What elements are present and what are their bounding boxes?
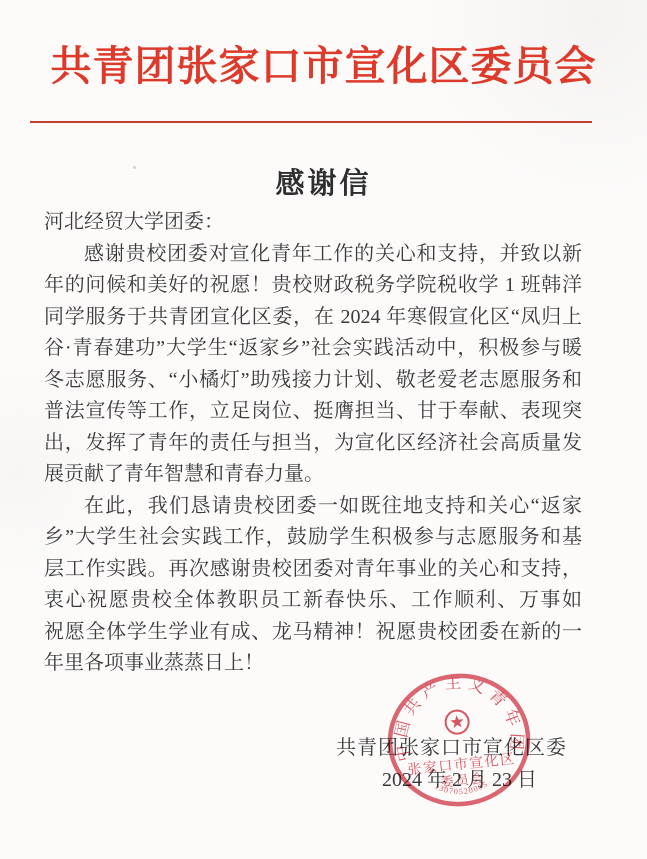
body-line: 普法宣传等工作，立足岗位、挺膺担当、甘于奉献、表现突 (44, 396, 582, 428)
body-line: 层工作实践。再次感谢贵校团委对青年事业的关心和支持， (44, 554, 582, 586)
letter-page: 共青团张家口市宣化区委员会 感谢信 河北经贸大学团委： 感谢贵校团委对宣化青年工… (0, 0, 647, 859)
body-line: 乡”大学生社会实践工作，鼓励学生积极参与志愿服务和基 (44, 522, 582, 554)
letter-title: 感谢信 (0, 161, 647, 202)
body-line: 衷心祝愿贵校全体教职员工新春快乐、工作顺利、万事如意！ (44, 585, 582, 617)
body-line: 年的问候和美好的祝愿！贵校财政税务学院税收学 1 班韩洋 (44, 270, 582, 302)
body-line: 在此，我们恳请贵校团委一如既往地支持和关心“返家 (44, 491, 582, 523)
body-line: 感谢贵校团委对宣化青年工作的关心和支持，并致以新 (44, 239, 582, 271)
body-line: 展贡献了青年智慧和青春力量。 (44, 459, 582, 491)
salutation: 河北经贸大学团委： (44, 207, 582, 239)
letter-body: 河北经贸大学团委： 感谢贵校团委对宣化青年工作的关心和支持，并致以新 年的问候和… (44, 207, 582, 680)
org-title: 共青团张家口市宣化区委员会 (0, 33, 647, 92)
official-seal: 中国共产主义青年团 张家口市宣化区 委员会 13070520005 (385, 672, 533, 812)
body-line: 出，发挥了青年的责任与担当，为宣化区经济社会高质量发 (44, 428, 582, 460)
seal-emblem-icon (444, 709, 469, 734)
header-rule (30, 121, 592, 123)
body-line: 谷·青春建功”大学生“返家乡”社会实践活动中，积极参与暖 (44, 333, 582, 365)
body-line: 冬志愿服务、“小橘灯”助残接力计划、敬老爱老志愿服务和 (44, 365, 582, 397)
body-line: 祝愿全体学生学业有成、龙马精神！祝愿贵校团委在新的一 (44, 617, 582, 649)
body-line: 同学服务于共青团宣化区委，在 2024 年寒假宣化区“凤归上 (44, 302, 582, 334)
